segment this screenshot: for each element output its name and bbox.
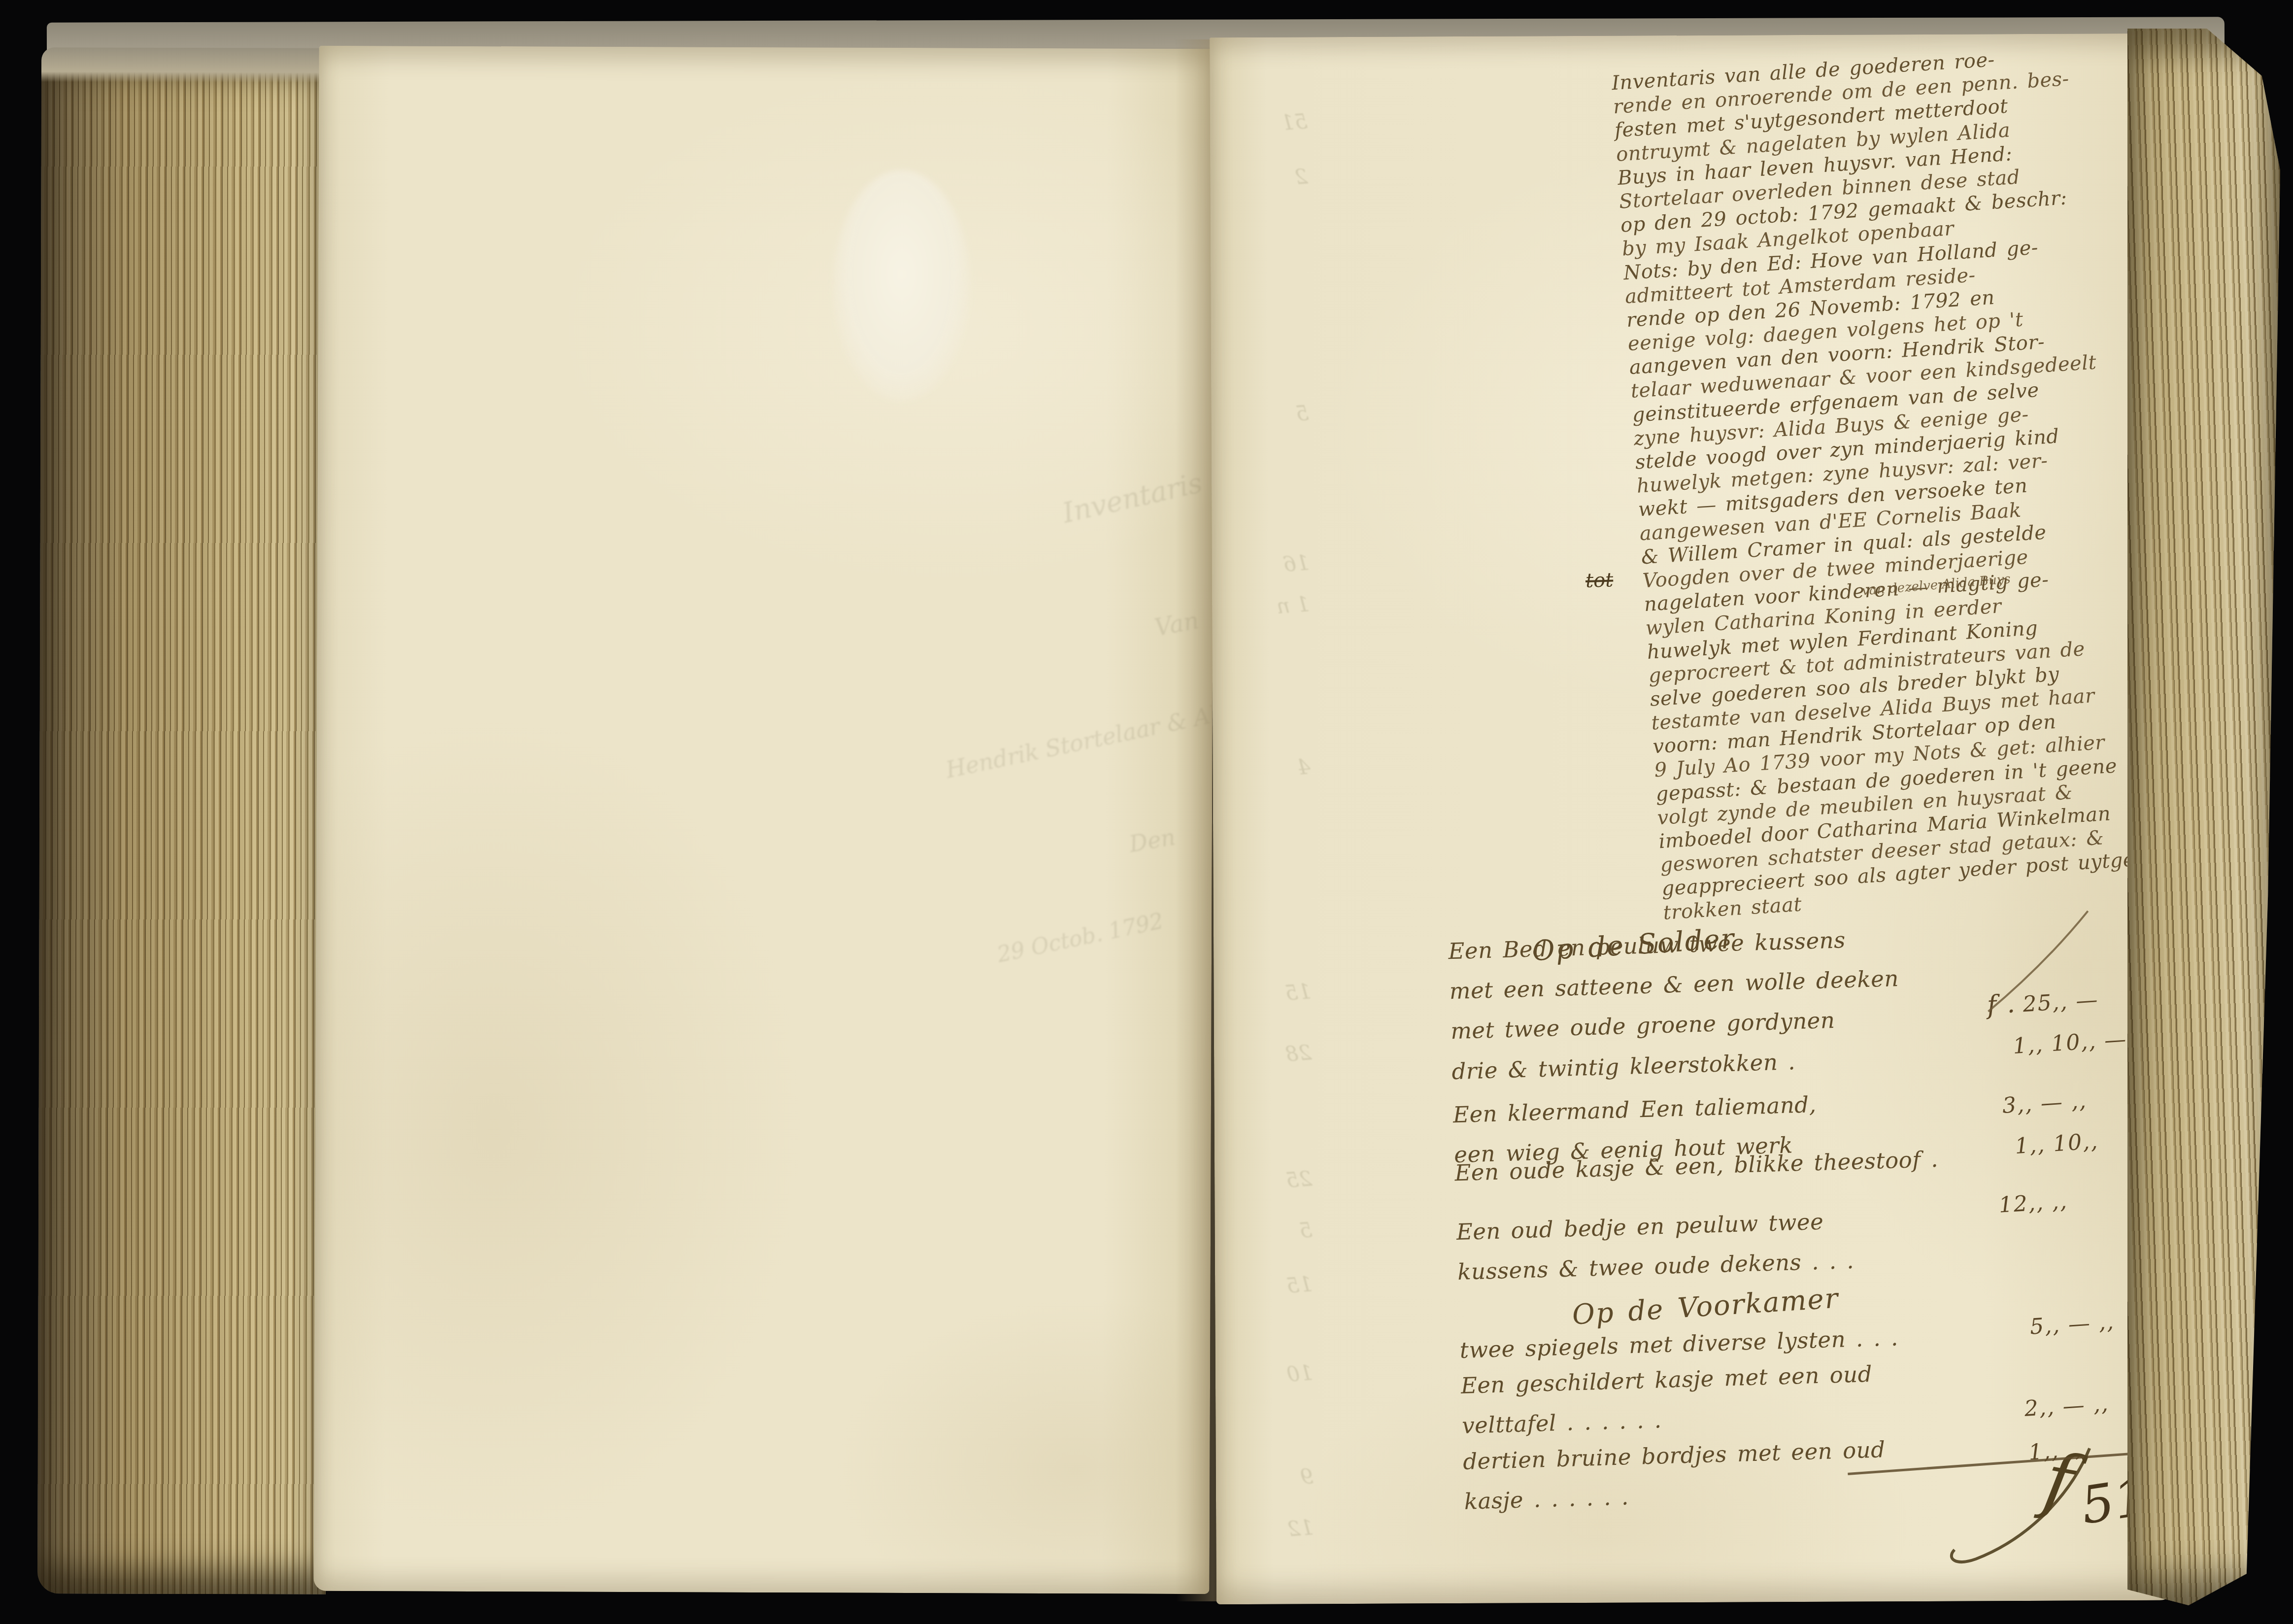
left-page-edge-stack: [37, 56, 330, 1594]
inventory-item: Een Bed en peuluw twee kussens met een s…: [1448, 921, 2042, 1058]
inventory-item: Een oud bedje en peuluw twee kussens & t…: [1456, 1202, 2049, 1299]
inventory-item: dertien bruine bordjes met een oud kasje…: [1463, 1431, 2056, 1528]
paper-damage-spot: [832, 169, 971, 402]
ghost-line: Den: [1127, 823, 1178, 857]
item-price: 2,, — ,,: [2023, 1391, 2110, 1421]
item-price: 1,, 10,,: [2014, 1129, 2099, 1159]
right-manuscript-page: 51 2 5 16 1 n 4 15 28 25 5 15 10 9 12 to…: [1210, 34, 2175, 1604]
left-stack-endpaper-cap: [41, 47, 330, 83]
archival-book-scan: Inventaris Van Hendrik Stortelaar & Alid…: [0, 0, 2293, 1624]
florin-sign: f .: [1986, 989, 2017, 1020]
left-blank-page: Inventaris Van Hendrik Stortelaar & Alid…: [314, 46, 1215, 1594]
item-price: 12,, ,,: [1998, 1188, 2068, 1218]
item-price: 5,, — ,,: [2029, 1309, 2115, 1340]
margin-note: tot: [1585, 569, 1614, 592]
right-page-edge-stack: [2127, 29, 2280, 1605]
ghost-line: 29 Octob. 1792: [995, 909, 1166, 968]
inventory-preamble: Inventaris van alle de goederen roe- ren…: [1611, 39, 2190, 925]
manuscript-content: tot Inventaris van alle de goederen roe-…: [1191, 22, 2194, 1616]
item-price: 3,, — ,,: [2001, 1088, 2088, 1118]
